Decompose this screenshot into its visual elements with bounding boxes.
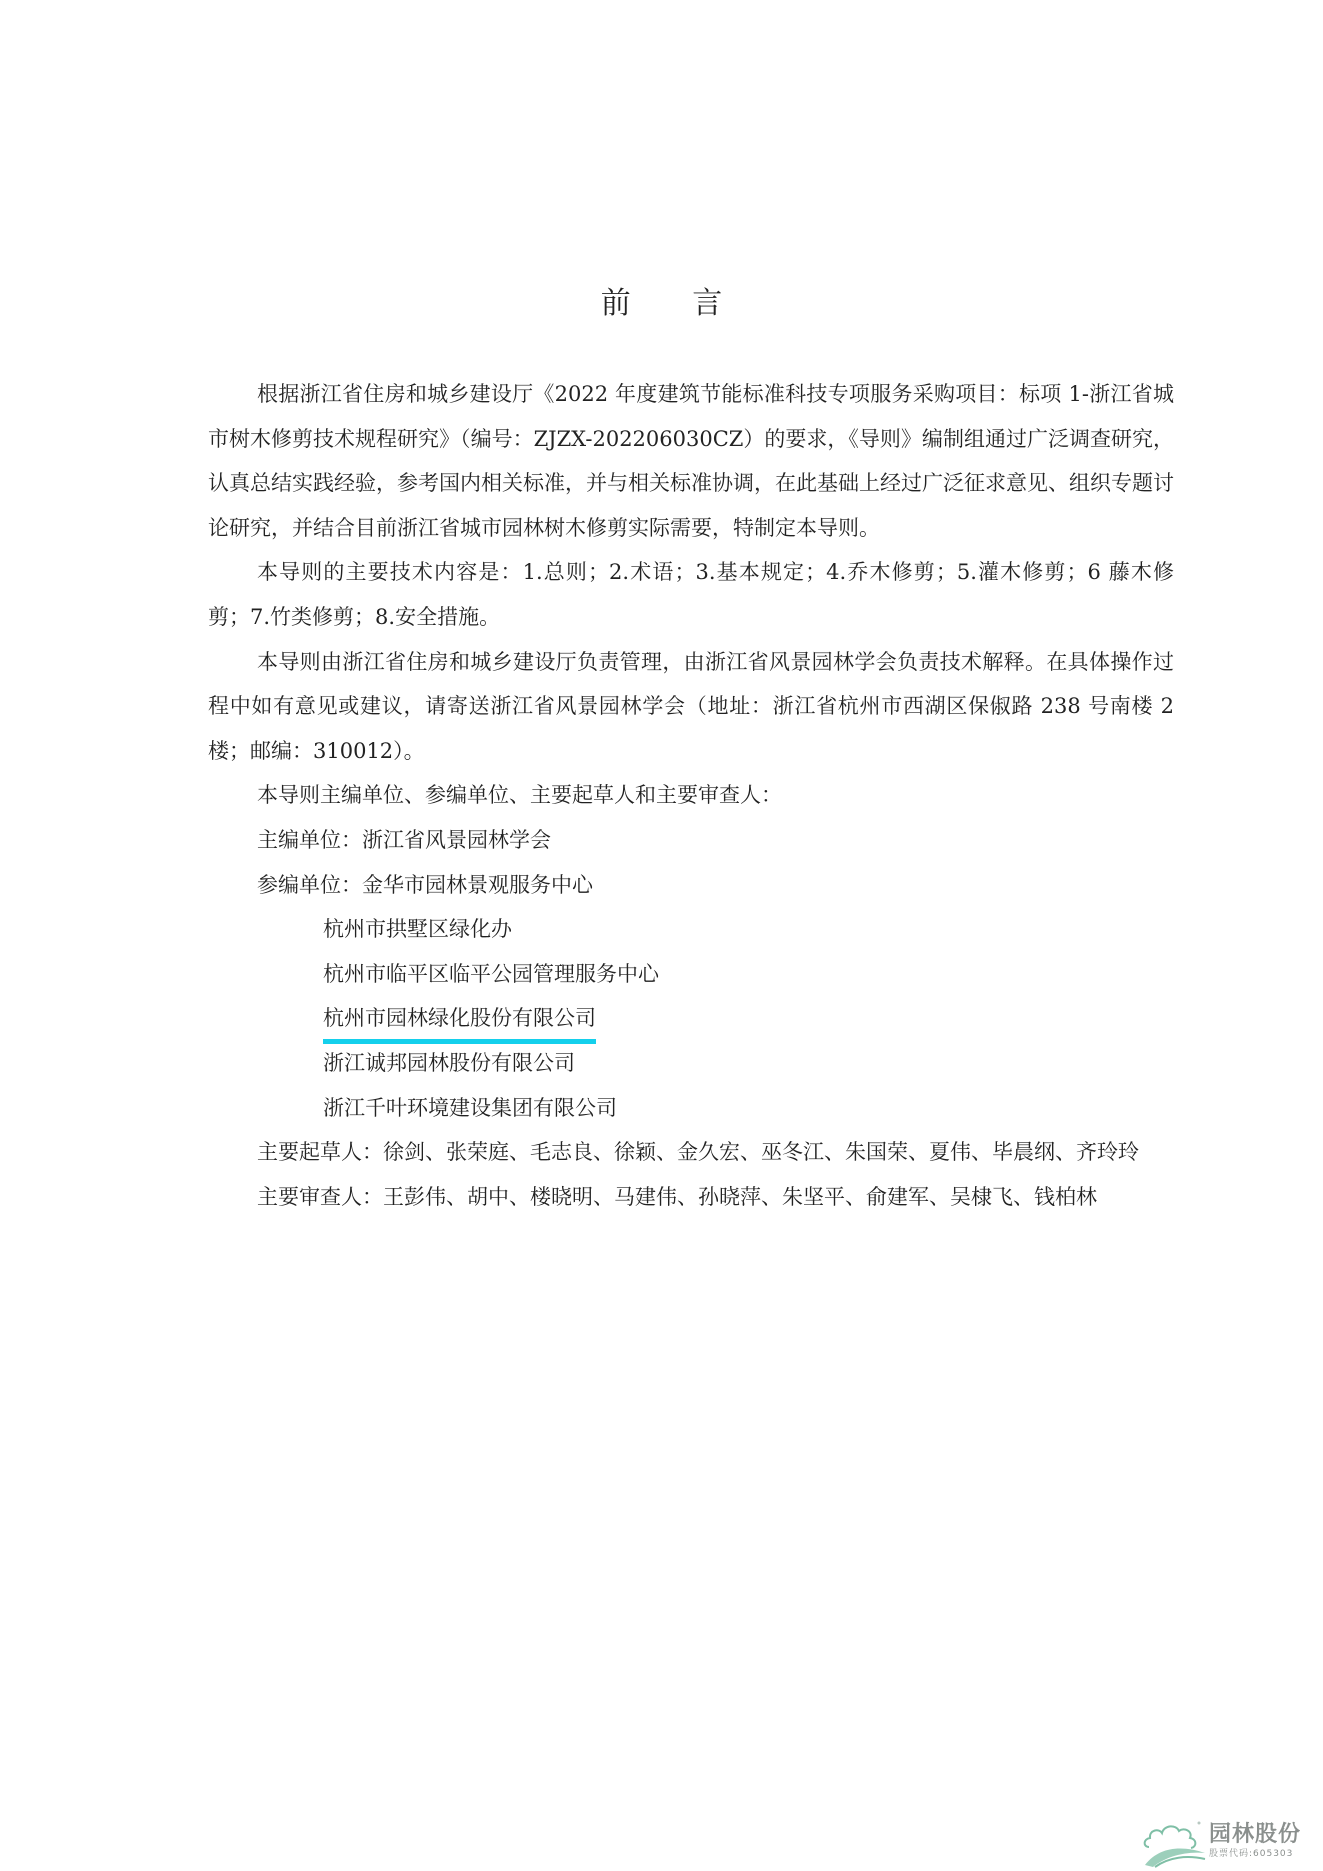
paragraph-contents: 本导则的主要技术内容是：1.总则；2.术语；3.基本规定；4.乔木修剪；5.灌木… (208, 550, 1174, 639)
paragraph-units-intro: 本导则主编单位、参编单位、主要起草人和主要审查人： (208, 773, 1174, 818)
stock-code: 股票代码:605303 (1209, 1846, 1293, 1859)
page-title: 前 言 (0, 278, 1323, 322)
drafters-label: 主要起草人： (257, 1140, 383, 1164)
reviewers-label: 主要审查人： (257, 1185, 383, 1209)
participating-unit-row-highlighted: 杭州市园林绿化股份有限公司 (208, 996, 1174, 1041)
brand-name: 园林股份 (1209, 1817, 1301, 1848)
participating-unit-highlighted: 杭州市园林绿化股份有限公司 (323, 996, 596, 1041)
paragraph-management: 本导则由浙江省住房和城乡建设厅负责管理，由浙江省风景园林学会负责技术解释。在具体… (208, 640, 1174, 774)
chief-unit-row: 主编单位：浙江省风景园林学会 (208, 818, 1174, 863)
cloud-leaf-logo-icon (1141, 1817, 1207, 1869)
title-char-2: 言 (692, 278, 722, 322)
title-char-1: 前 (601, 278, 631, 322)
drafters-row: 主要起草人：徐剑、张荣庭、毛志良、徐颖、金久宏、巫冬江、朱国荣、夏伟、毕晨纲、齐… (208, 1130, 1174, 1175)
chief-unit-value: 浙江省风景园林学会 (362, 828, 551, 852)
participating-unit: 杭州市拱墅区绿化办 (208, 907, 1174, 952)
document-body: 根据浙江省住房和城乡建设厅《2022 年度建筑节能标准科技专项服务采购项目：标项… (208, 372, 1174, 1219)
drafters-value: 徐剑、张荣庭、毛志良、徐颖、金久宏、巫冬江、朱国荣、夏伟、毕晨纲、齐玲玲 (383, 1140, 1139, 1164)
participating-unit: 浙江诚邦园林股份有限公司 (208, 1041, 1174, 1086)
chief-unit-label: 主编单位： (257, 828, 362, 852)
reviewers-value: 王彭伟、胡中、楼晓明、马建伟、孙晓萍、朱坚平、俞建军、吴棣飞、钱柏林 (383, 1185, 1097, 1209)
participating-units-row: 参编单位：金华市园林景观服务中心 (208, 863, 1174, 908)
paragraph-basis: 根据浙江省住房和城乡建设厅《2022 年度建筑节能标准科技专项服务采购项目：标项… (208, 372, 1174, 550)
participating-unit: 杭州市临平区临平公园管理服务中心 (208, 952, 1174, 997)
participating-unit: 浙江千叶环境建设集团有限公司 (208, 1086, 1174, 1131)
reviewers-row: 主要审查人：王彭伟、胡中、楼晓明、马建伟、孙晓萍、朱坚平、俞建军、吴棣飞、钱柏林 (208, 1175, 1174, 1220)
company-watermark: 园林股份 股票代码:605303 (1141, 1815, 1323, 1871)
participating-unit: 金华市园林景观服务中心 (362, 873, 593, 897)
participating-units-label: 参编单位： (257, 873, 362, 897)
